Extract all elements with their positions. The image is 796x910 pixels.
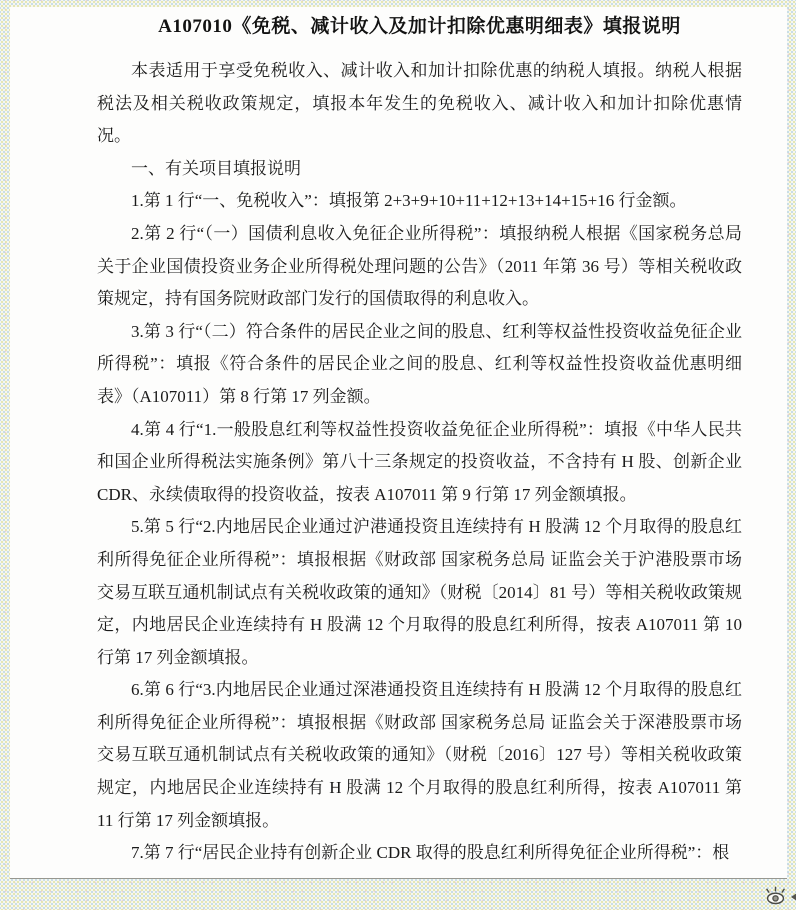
- instruction-item: 4.第 4 行“1.一般股息红利等权益性投资收益免征企业所得税”：填报《中华人民…: [97, 414, 742, 512]
- instruction-item: 1.第 1 行“一、免税收入”：填报第 2+3+9+10+11+12+13+14…: [97, 185, 742, 218]
- cursor-arrow: [791, 893, 796, 901]
- desktop-background: A107010《免税、减计收入及加计扣除优惠明细表》填报说明 本表适用于享受免税…: [0, 0, 796, 910]
- instruction-item: 3.第 3 行“（二）符合条件的居民企业之间的股息、红利等权益性投资收益免征企业…: [97, 316, 742, 414]
- instruction-items: 1.第 1 行“一、免税收入”：填报第 2+3+9+10+11+12+13+14…: [97, 185, 742, 869]
- instruction-item: 6.第 6 行“3.内地居民企业通过深港通投资且连续持有 H 股满 12 个月取…: [97, 674, 742, 837]
- section-heading: 一、有关项目填报说明: [97, 153, 742, 186]
- eye-icon[interactable]: [764, 885, 787, 906]
- document-page: A107010《免税、减计收入及加计扣除优惠明细表》填报说明 本表适用于享受免税…: [10, 7, 787, 879]
- document-title: A107010《免税、减计收入及加计扣除优惠明细表》填报说明: [97, 13, 742, 41]
- intro-paragraph: 本表适用于享受免税收入、减计收入和加计扣除优惠的纳税人填报。纳税人根据税法及相关…: [97, 55, 742, 153]
- instruction-item: 7.第 7 行“居民企业持有创新企业 CDR 取得的股息红利所得免征企业所得税”…: [97, 837, 742, 870]
- instruction-item: 5.第 5 行“2.内地居民企业通过沪港通投资且连续持有 H 股满 12 个月取…: [97, 511, 742, 674]
- instruction-item: 2.第 2 行“（一）国债利息收入免征企业所得税”：填报纳税人根据《国家税务总局…: [97, 218, 742, 316]
- document-body: 本表适用于享受免税收入、减计收入和加计扣除优惠的纳税人填报。纳税人根据税法及相关…: [97, 55, 742, 870]
